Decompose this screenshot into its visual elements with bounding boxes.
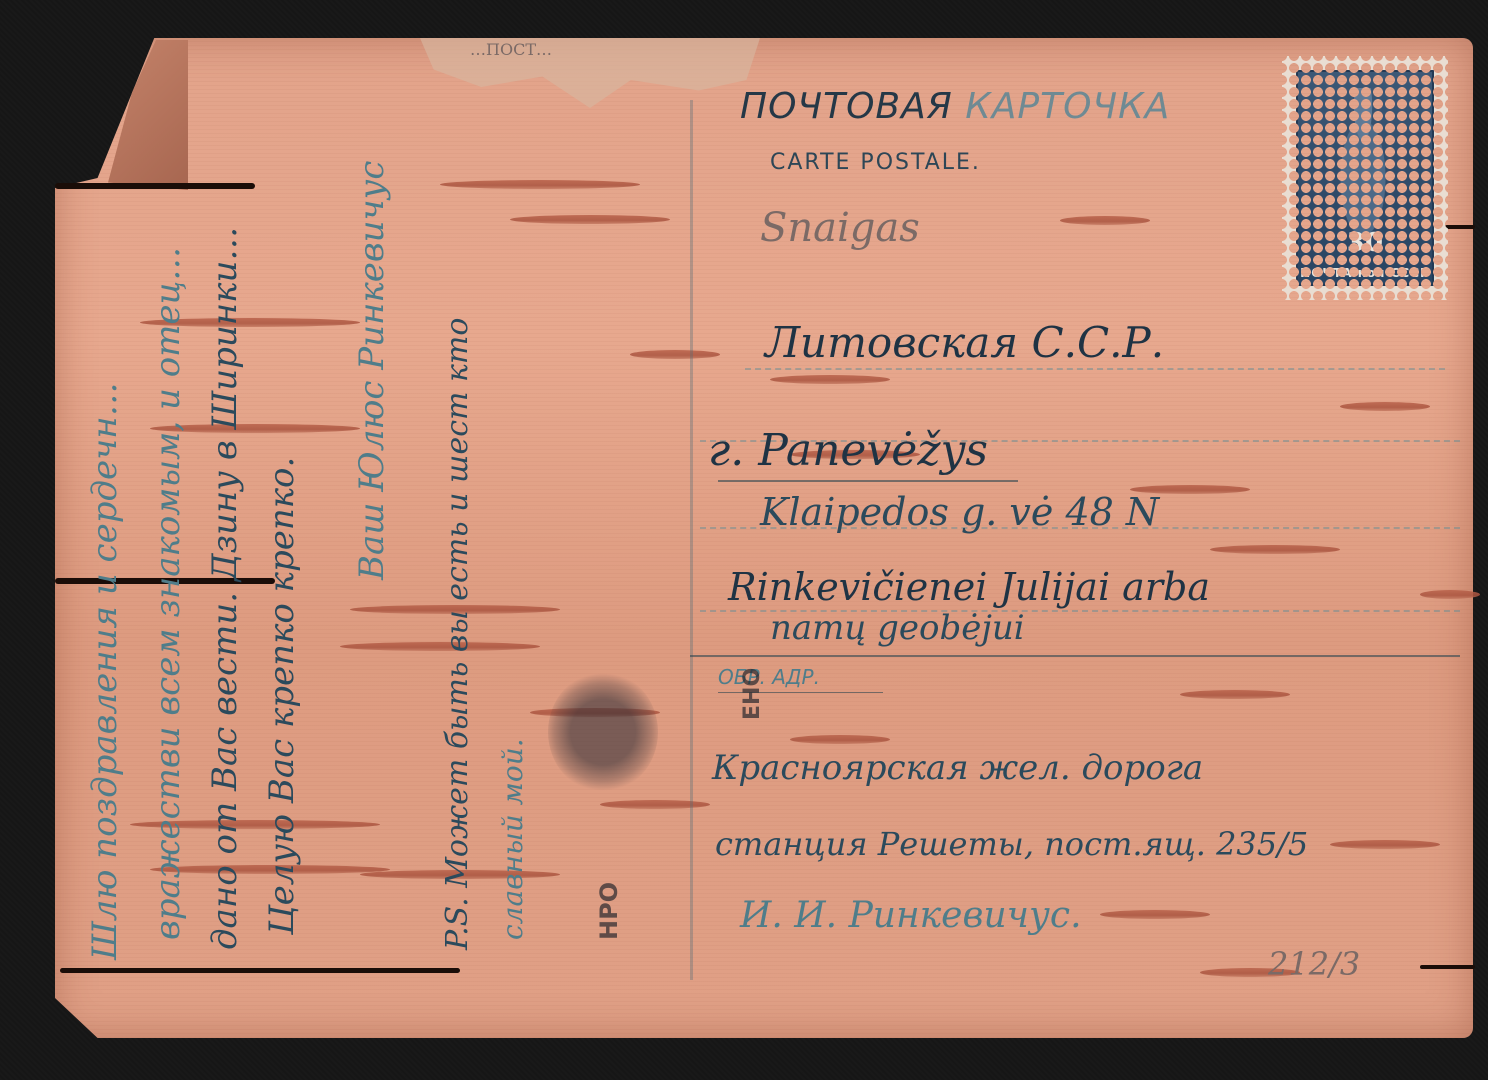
stamp-value: 30 bbox=[1298, 228, 1432, 258]
pencil-reference-number: 212/3 bbox=[1268, 945, 1360, 983]
address-line-5: namų geobėjui bbox=[770, 608, 1025, 648]
bark-lenticel bbox=[1330, 840, 1440, 849]
address-dashed-rule bbox=[745, 368, 1445, 370]
bark-lenticel bbox=[1340, 402, 1430, 411]
message-line-4: Целую Вас крепко крепко. bbox=[262, 457, 302, 935]
message-ps-line-2: славный мой. bbox=[496, 738, 529, 940]
bark-lenticel bbox=[440, 180, 640, 189]
sender-line-2: станция Решеты, пост.ящ. 235/5 bbox=[715, 825, 1308, 863]
bark-lenticel bbox=[1060, 216, 1150, 225]
postmark-text-2: ЕНО bbox=[740, 668, 765, 720]
address-line-1: Литовская С.С.Р. bbox=[765, 318, 1164, 367]
ink-postmark bbox=[548, 672, 658, 792]
postcard-divider-line bbox=[690, 100, 693, 980]
top-edge-fragment: …ПОСТ… bbox=[470, 40, 552, 59]
sender-label: ОБР. АДР. bbox=[718, 665, 820, 689]
printed-subtitle: CARTE POSTALE. bbox=[770, 150, 981, 175]
bark-crack bbox=[1445, 225, 1475, 229]
message-line-1: Шлю поздравления и сердечн… bbox=[85, 382, 125, 960]
bark-lenticel bbox=[1210, 545, 1340, 554]
address-section-rule bbox=[690, 655, 1460, 657]
bark-crack bbox=[60, 968, 460, 973]
postage-stamp: 30 ПОЧТА коп СССР bbox=[1282, 56, 1448, 300]
bark-lenticel bbox=[600, 800, 710, 809]
printed-title: ПОЧТОВАЯ КАРТОЧКА bbox=[740, 86, 1170, 127]
message-line-3: дано от Вас вести. Дзину в Ширинки… bbox=[205, 227, 245, 950]
bark-crack bbox=[55, 183, 255, 189]
bark-lenticel bbox=[770, 375, 890, 384]
address-line-4: Rinkevičienei Julijai arba bbox=[728, 565, 1210, 609]
sender-line-1: Красноярская жел. дорога bbox=[712, 748, 1203, 788]
printed-title-dark: ПОЧТОВАЯ bbox=[740, 86, 953, 127]
bark-lenticel bbox=[510, 215, 670, 224]
pencil-note-top: Snaigas bbox=[760, 205, 920, 251]
stamp-caption: ПОЧТА коп СССР bbox=[1298, 266, 1432, 280]
bark-lenticel bbox=[1100, 910, 1210, 919]
bark-lenticel bbox=[1420, 590, 1480, 599]
stamp-design: 30 ПОЧТА коп СССР bbox=[1296, 70, 1434, 286]
bark-lenticel bbox=[1180, 690, 1290, 699]
address-line-3: Klaipedos g. vė 48 N bbox=[760, 490, 1159, 534]
sender-line-3: И. И. Ринкевичус. bbox=[740, 895, 1082, 936]
aviator-portrait-icon bbox=[1328, 88, 1398, 238]
bark-lenticel bbox=[630, 350, 720, 359]
message-line-2: вражестви всем знакомым, и отец… bbox=[148, 247, 188, 940]
address-line-2: г. Panevėžys bbox=[708, 425, 988, 476]
bark-crack bbox=[1420, 965, 1475, 969]
postmark-text-1: НРО bbox=[595, 882, 623, 940]
printed-title-faint: КАРТОЧКА bbox=[965, 86, 1170, 127]
bark-lenticel bbox=[790, 735, 890, 744]
address-underline bbox=[718, 480, 1018, 482]
message-signature: Ваш Юлюс Ринкевичус bbox=[352, 161, 392, 580]
message-ps-line-1: P.S. Может быть вы есть и шест кто bbox=[440, 318, 475, 950]
